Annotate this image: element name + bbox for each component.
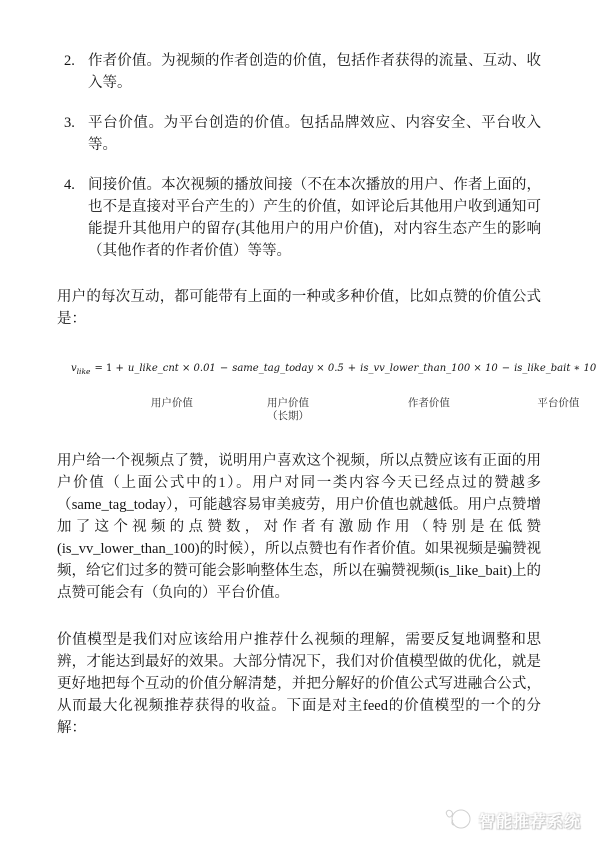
formula-operator: + — [348, 362, 356, 376]
list-item-number: 4. — [57, 174, 88, 262]
like-value-formula: vlike = 1 + u_like_cnt × 0.01 用户价值 − sam… — [71, 362, 541, 423]
formula-term-label: 用户价值 — [151, 397, 193, 410]
paragraph-like-value-explanation: 用户给一个视频点了赞，说明用户喜欢这个视频，所以点赞应该有正面的用户价值（上面公… — [57, 450, 541, 604]
list-item-text: 作者价值。为视频的作者创造的价值，包括作者获得的流量、互动、收入等。 — [88, 50, 541, 94]
formula-term-author-value: is_vv_lower_than_100 × 10 作者价值 — [360, 362, 498, 410]
watermark-text: 智能推荐系统 — [479, 809, 581, 832]
formula-operator: − — [502, 362, 510, 376]
formula-operator: = 1 + — [94, 362, 123, 376]
value-type-list: 2. 作者价值。为视频的作者创造的价值，包括作者获得的流量、互动、收入等。 3.… — [57, 50, 541, 262]
formula-term-label: 作者价值 — [408, 397, 450, 410]
formula-lhs: vlike — [71, 362, 90, 379]
formula-operator: − — [220, 362, 228, 376]
list-item-number: 2. — [57, 50, 88, 94]
formula-term-user-value-longterm: same_tag_today × 0.5 用户价值（长期） — [232, 362, 344, 423]
paragraph-value-model: 价值模型是我们对应该给用户推荐什么视频的理解，需要反复地调整和思辨，才能达到最好… — [57, 629, 541, 739]
formula-term-label: 用户价值（长期） — [267, 397, 309, 423]
list-item: 4. 间接价值。本次视频的播放间接（不在本次播放的用户、作者上面的，也不是直接对… — [57, 174, 541, 262]
paragraph-intro: 用户的每次互动，都可能带有上面的一种或多种价值，比如点赞的价值公式是： — [57, 286, 541, 330]
formula-row: vlike = 1 + u_like_cnt × 0.01 用户价值 − sam… — [71, 362, 541, 423]
brand-logo-icon — [443, 807, 473, 833]
formula-term-platform-value: is_like_bait ∗ 100 平台价值 — [514, 362, 596, 410]
list-item-text: 间接价值。本次视频的播放间接（不在本次播放的用户、作者上面的，也不是直接对平台产… — [88, 174, 541, 262]
document-content: 2. 作者价值。为视频的作者创造的价值，包括作者获得的流量、互动、收入等。 3.… — [57, 50, 541, 739]
formula-term-user-value: u_like_cnt × 0.01 用户价值 — [128, 362, 216, 410]
document-page: 2. 作者价值。为视频的作者创造的价值，包括作者获得的流量、互动、收入等。 3.… — [0, 0, 596, 842]
list-item-text: 平台价值。为平台创造的价值。包括品牌效应、内容安全、平台收入等。 — [88, 112, 541, 156]
watermark: 智能推荐系统 — [443, 807, 581, 833]
list-item-number: 3. — [57, 112, 88, 156]
formula-term-label: 平台价值 — [537, 397, 579, 410]
list-item: 3. 平台价值。为平台创造的价值。包括品牌效应、内容安全、平台收入等。 — [57, 112, 541, 156]
list-item: 2. 作者价值。为视频的作者创造的价值，包括作者获得的流量、互动、收入等。 — [57, 50, 541, 94]
